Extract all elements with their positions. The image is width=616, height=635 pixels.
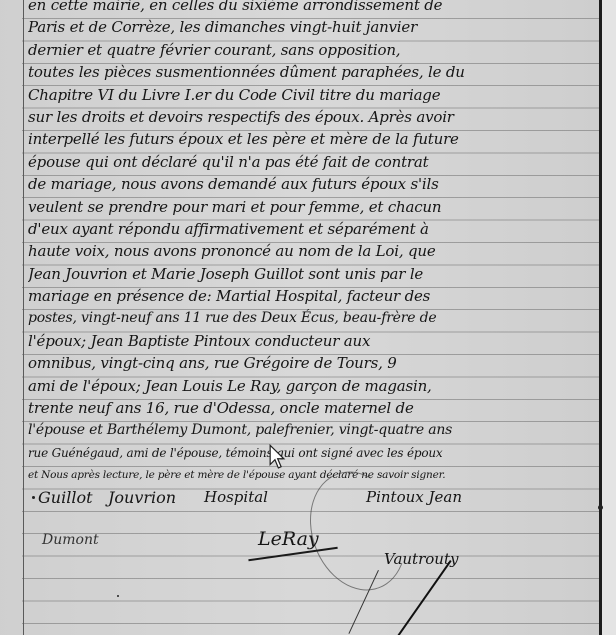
register-page: en cette mairie, en celles du sixième ar…: [0, 0, 616, 635]
text-line: omnibus, vingt-cinq ans, rue Grégoire de…: [28, 352, 598, 374]
text-line: Chapitre VI du Livre I.er du Code Civil …: [28, 84, 598, 106]
ink-dot: [117, 595, 119, 597]
text-line: haute voix, nous avons prononcé au nom d…: [28, 240, 598, 262]
text-line: en cette mairie, en celles du sixième ar…: [28, 0, 598, 16]
signature-hospital: Hospital: [204, 488, 268, 506]
signature-guillot: Guillot: [38, 488, 93, 507]
handwritten-text-block: en cette mairie, en celles du sixième ar…: [28, 0, 598, 487]
mouse-cursor-icon: [268, 444, 286, 470]
text-line: sur les droits et devoirs respectifs des…: [28, 106, 598, 128]
left-margin-line: [23, 0, 24, 635]
text-line: interpellé les futurs époux et les père …: [28, 128, 598, 150]
text-line: l'époux; Jean Baptiste Pintoux conducteu…: [28, 330, 598, 352]
signature-jouvrion: Jouvrion: [108, 488, 176, 507]
text-line: l'épouse et Barthélemy Dumont, palefreni…: [28, 419, 598, 441]
page-edge: [602, 0, 616, 635]
signature-pintoux: Pintoux Jean: [366, 488, 462, 506]
text-line: veulent se prendre pour mari et pour fem…: [28, 196, 598, 218]
text-line: postes, vingt-neuf ans 11 rue des Deux É…: [28, 307, 598, 329]
text-line: toutes les pièces susmentionnées dûment …: [28, 61, 598, 83]
signature-dumont: Dumont: [42, 532, 99, 548]
text-line: d'eux ayant répondu affirmativement et s…: [28, 218, 598, 240]
text-line: Paris et de Corrèze, les dimanches vingt…: [28, 16, 598, 38]
signature-leray: LeRay: [258, 528, 319, 550]
text-line: rue Guénégaud, ami de l'épouse, témoins …: [28, 442, 598, 464]
text-line: épouse qui ont déclaré qu'il n'a pas été…: [28, 151, 598, 173]
text-line: ami de l'époux; Jean Louis Le Ray, garço…: [28, 375, 598, 397]
text-line: de mariage, nous avons demandé aux futur…: [28, 173, 598, 195]
text-line: dernier et quatre février courant, sans …: [28, 39, 598, 61]
ink-dot: [32, 496, 35, 499]
text-line: et Nous après lecture, le père et mère d…: [28, 464, 598, 486]
text-line: trente neuf ans 16, rue d'Odessa, oncle …: [28, 397, 598, 419]
ink-dot: [598, 505, 603, 510]
text-line: Jean Jouvrion et Marie Joseph Guillot so…: [28, 263, 598, 285]
text-line: mariage en présence de: Martial Hospital…: [28, 285, 598, 307]
